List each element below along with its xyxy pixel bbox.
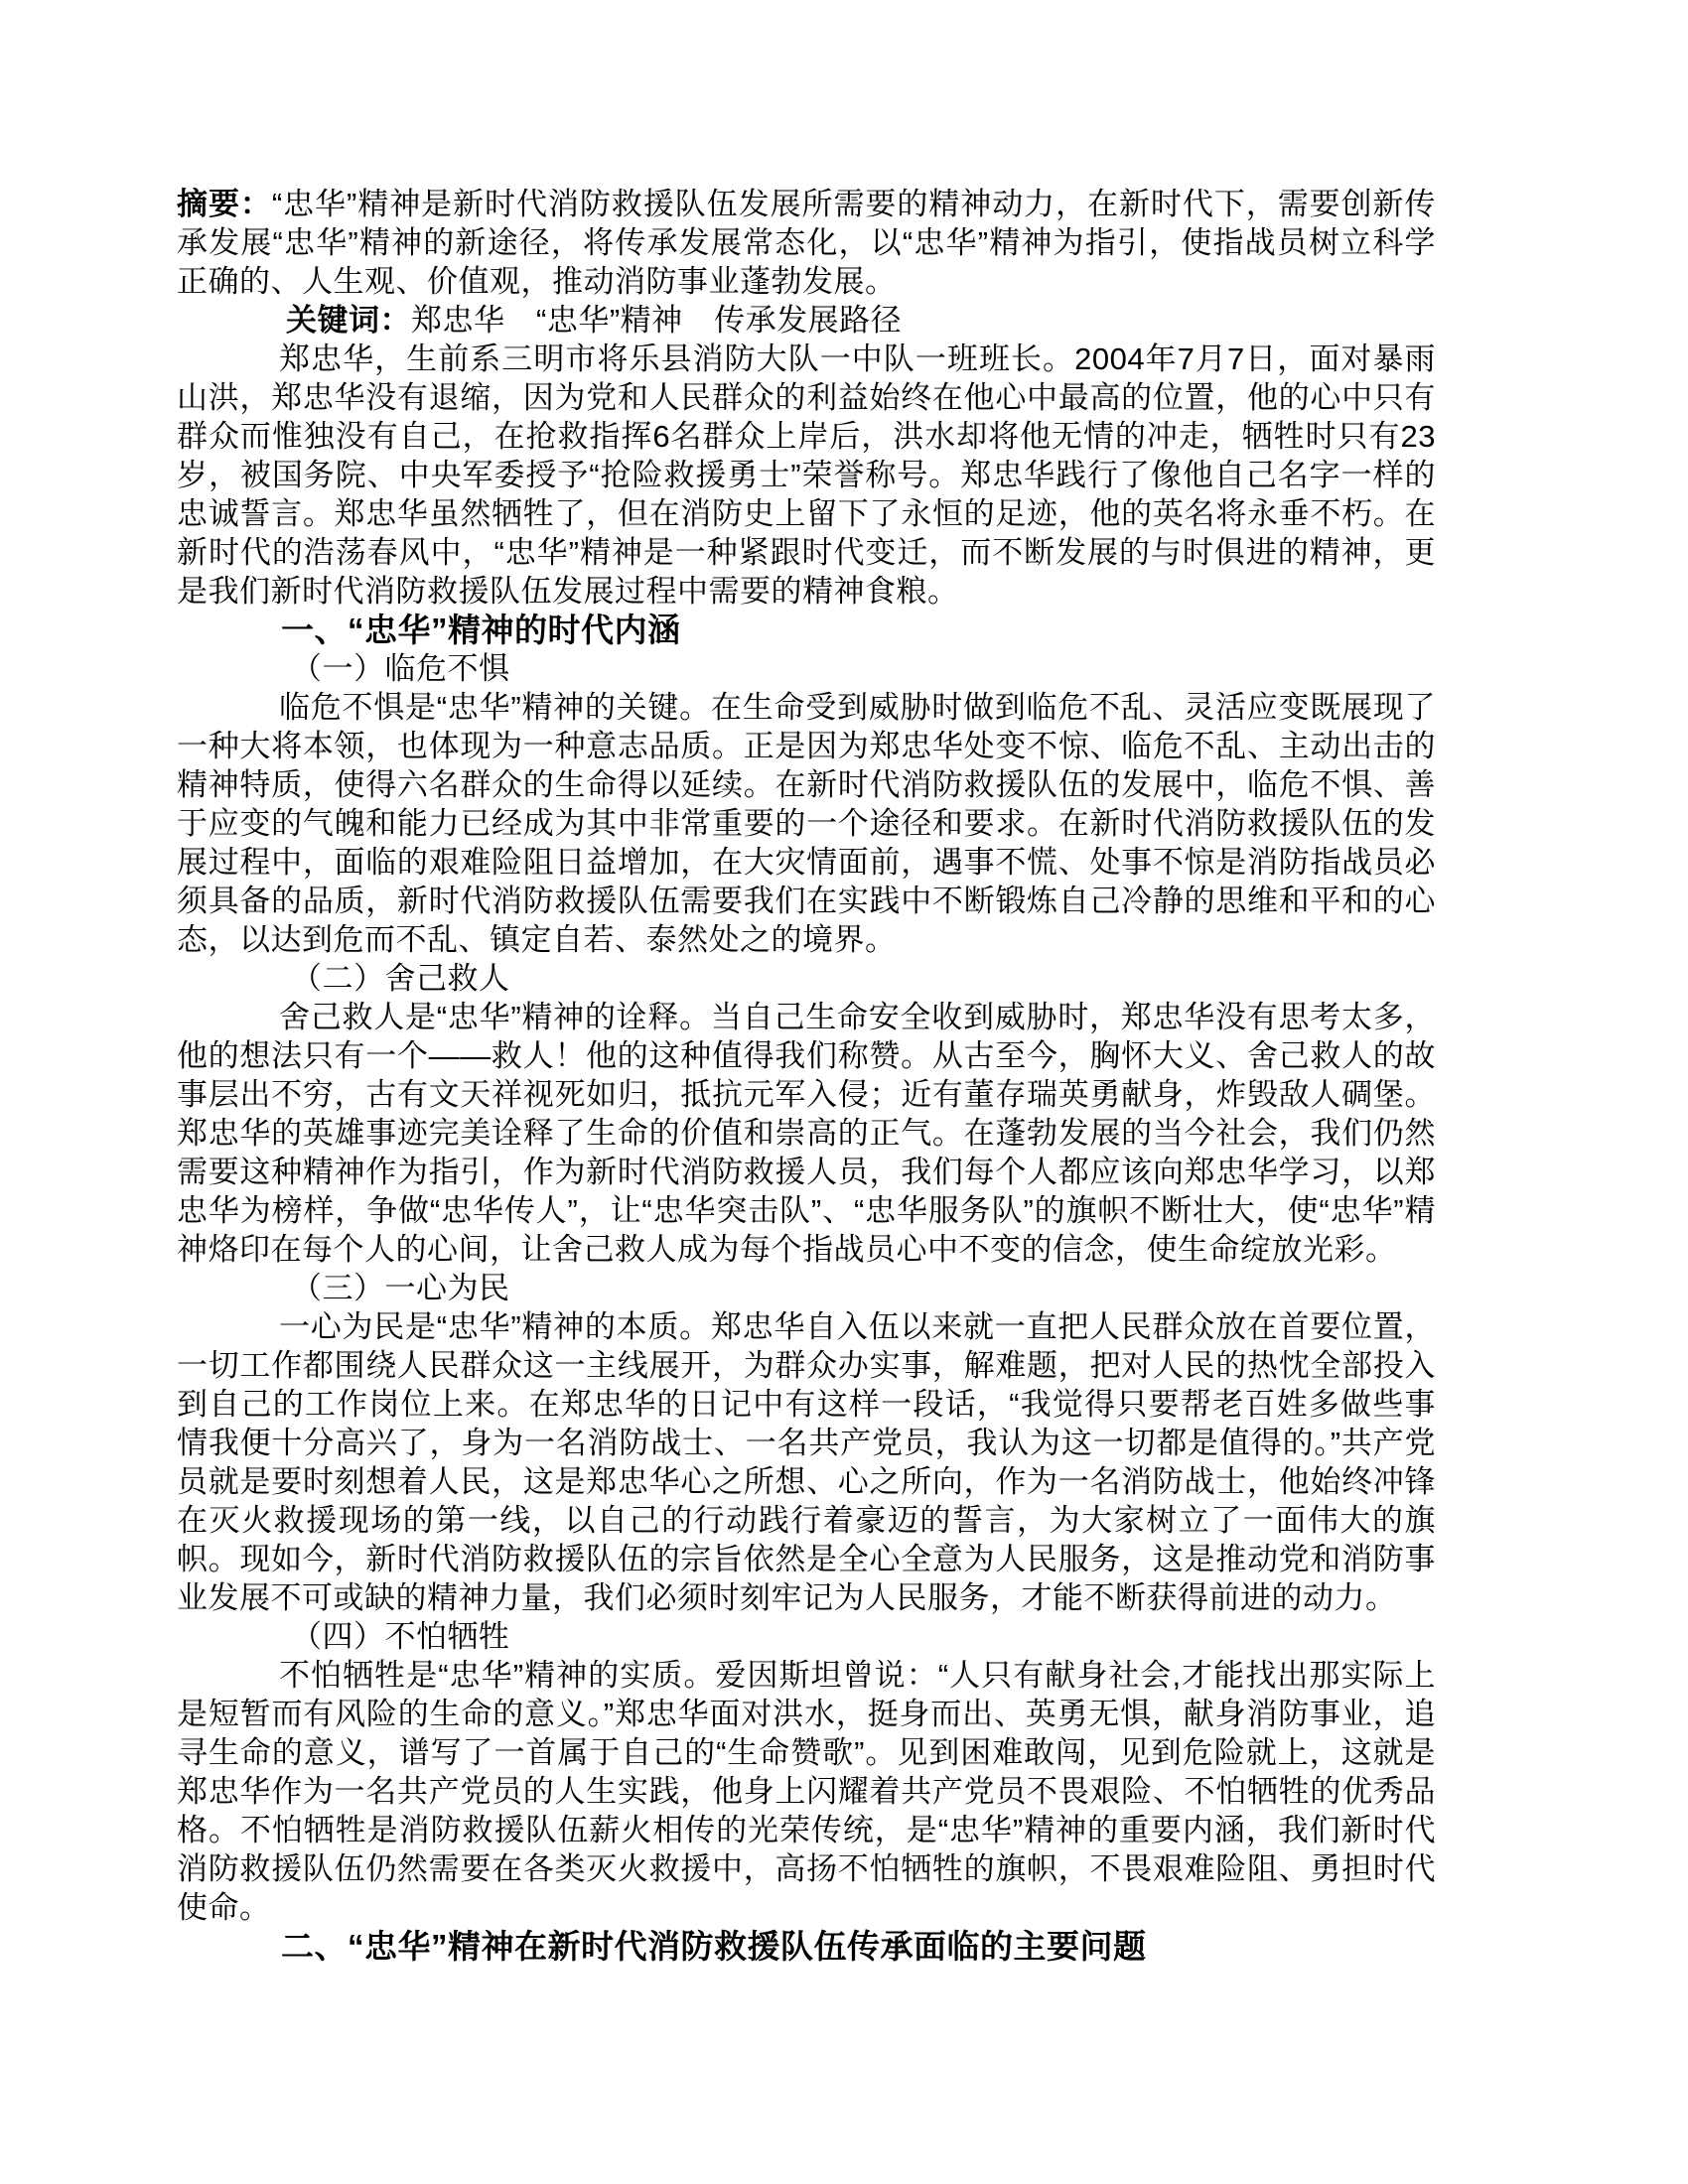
subsection3-heading: （三）一心为民 bbox=[177, 1269, 1436, 1307]
section1-heading: 一、“忠华”精神的时代内涵 bbox=[177, 611, 1436, 649]
keywords-label: 关键词： bbox=[286, 303, 411, 338]
abstract-text: “忠华”精神是新时代消防救援队伍发展所需要的精神动力，在新时代下，需要创新传承发… bbox=[177, 187, 1436, 299]
abstract-label: 摘要： bbox=[177, 187, 272, 221]
intro-paragraph: 郑忠华，生前系三明市将乐县消防大队一中队一班班长。2004年7月7日，面对暴雨山… bbox=[177, 340, 1436, 611]
section2-heading: 二、“忠华”精神在新时代消防救援队伍传承面临的主要问题 bbox=[177, 1927, 1436, 1966]
subsection1-heading: （一）临危不惧 bbox=[177, 649, 1436, 688]
subsection1-paragraph: 临危不惧是“忠华”精神的关键。在生命受到威胁时做到临危不乱、灵活应变既展现了一种… bbox=[177, 688, 1436, 959]
subsection4-paragraph: 不怕牺牲是“忠华”精神的实质。爱因斯坦曾说：“人只有献身社会,才能找出那实际上是… bbox=[177, 1656, 1436, 1927]
subsection4-heading: （四）不怕牺牲 bbox=[177, 1617, 1436, 1656]
document-page: 摘要：“忠华”精神是新时代消防救援队伍发展所需要的精神动力，在新时代下，需要创新… bbox=[0, 0, 1688, 2184]
abstract-paragraph: 摘要：“忠华”精神是新时代消防救援队伍发展所需要的精神动力，在新时代下，需要创新… bbox=[177, 185, 1436, 301]
keywords-paragraph: 关键词：郑忠华 “忠华”精神 传承发展路径 bbox=[177, 301, 1436, 340]
subsection2-paragraph: 舍己救人是“忠华”精神的诠释。当自己生命安全收到威胁时，郑忠华没有思考太多，他的… bbox=[177, 998, 1436, 1269]
subsection3-paragraph: 一心为民是“忠华”精神的本质。郑忠华自入伍以来就一直把人民群众放在首要位置，一切… bbox=[177, 1307, 1436, 1617]
document-content: 摘要：“忠华”精神是新时代消防救援队伍发展所需要的精神动力，在新时代下，需要创新… bbox=[177, 185, 1436, 1966]
subsection2-heading: （二）舍己救人 bbox=[177, 959, 1436, 998]
keywords-text: 郑忠华 “忠华”精神 传承发展路径 bbox=[411, 303, 902, 338]
